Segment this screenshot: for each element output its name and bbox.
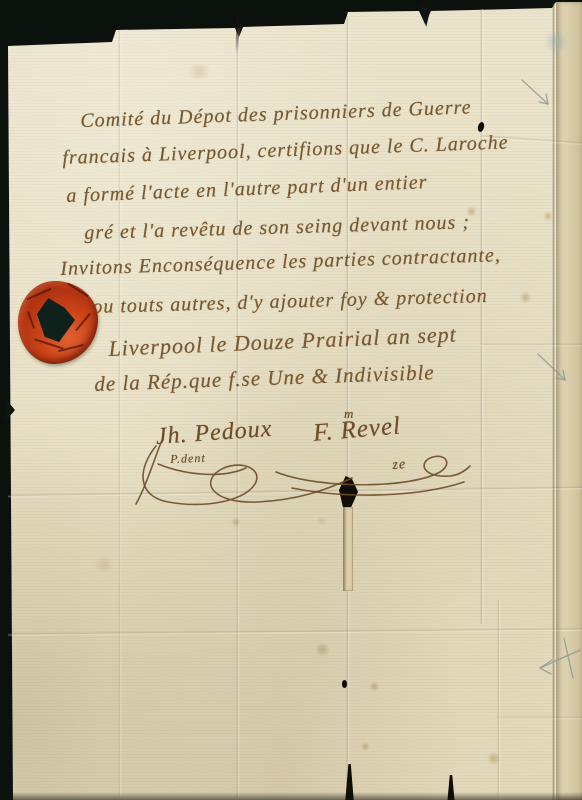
fold-line-vertical: [480, 9, 484, 624]
stain: [316, 516, 327, 526]
fold-line-vertical: [552, 3, 556, 800]
pencil-arrow-middle-right: [536, 352, 572, 386]
wax-seal-crack: [27, 288, 52, 300]
paper-slit-middle: [343, 507, 353, 591]
wax-seal-crack: [58, 344, 84, 352]
ink-stain-blue: [543, 31, 569, 53]
fold-line-vertical: [346, 12, 350, 798]
fold-line-horizontal: [497, 716, 582, 720]
stain: [543, 211, 553, 221]
wax-seal-crack: [27, 311, 35, 329]
scan-shadow: [0, 792, 582, 800]
stain: [519, 291, 532, 304]
paper-edge-strip: [556, 2, 582, 800]
ink-blot: [342, 680, 347, 688]
pencil-arrow-bottom-right: [534, 636, 582, 680]
stain: [314, 643, 331, 656]
wax-seal-hole: [37, 298, 75, 342]
stain: [369, 681, 380, 692]
stain: [92, 556, 116, 573]
stain: [361, 742, 370, 751]
stain: [231, 517, 241, 527]
signature-flourish-right: [272, 446, 472, 502]
wax-seal-crack: [75, 313, 91, 331]
stain: [185, 64, 213, 79]
stain: [486, 752, 501, 765]
document-scan: Comité du Dépot des prisonniers de Guerr…: [0, 0, 582, 800]
pencil-arrow-top-right: [520, 78, 556, 110]
fold-line-horizontal: [481, 343, 582, 347]
